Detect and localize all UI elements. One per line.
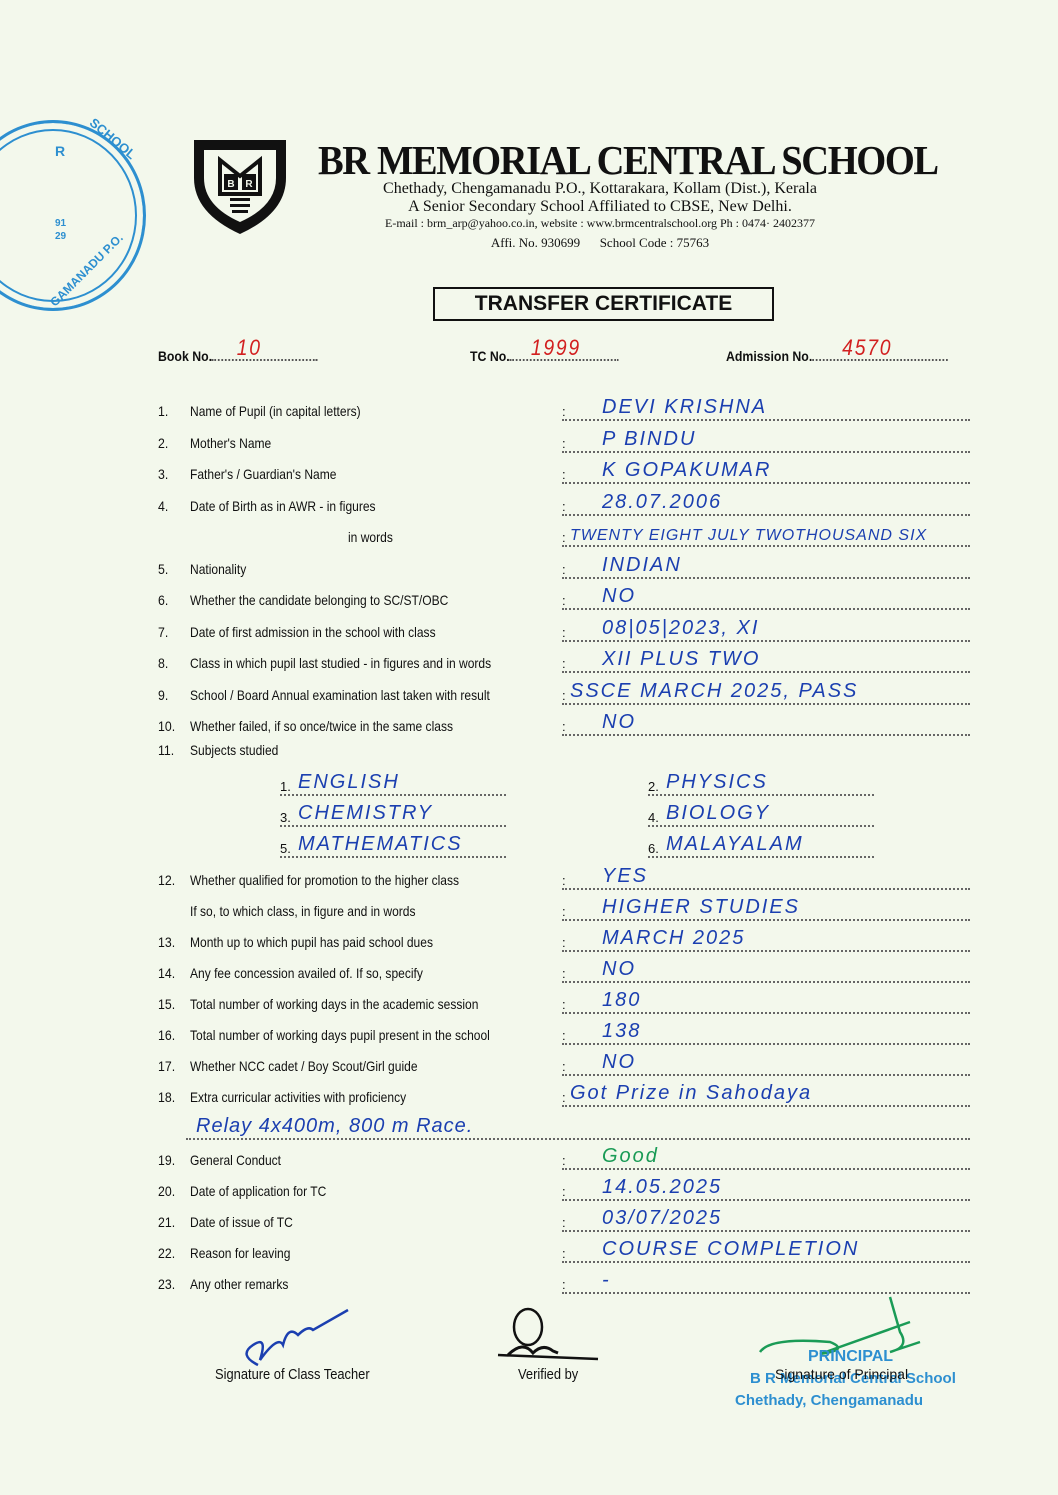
field-value: XII PLUS TWO: [602, 648, 760, 671]
field-number: 6.: [158, 592, 168, 608]
field-value-line: :14.05.2025: [562, 1179, 970, 1201]
form-field-row: 2.Mother's Name:P BINDU: [0, 435, 1058, 465]
form-field-row: 17.Whether NCC cadet / Boy Scout/Girl gu…: [0, 1058, 1058, 1088]
field-number: 3.: [158, 466, 168, 482]
book-number-field: Book No.10: [158, 345, 318, 364]
school-codes: Affi. No. 930699 School Code : 75763: [320, 235, 880, 251]
form-field-row: 13.Month up to which pupil has paid scho…: [0, 934, 1058, 964]
field-value-line: :NO: [562, 588, 970, 610]
form-field-row: 14.Any fee concession availed of. If so,…: [0, 965, 1058, 995]
form-field-row: 22.Reason for leaving:COURSE COMPLETION: [0, 1245, 1058, 1275]
subject-name: BIOLOGY: [666, 802, 770, 825]
subject-item: 1.ENGLISH: [280, 774, 506, 796]
school-logo: B R: [192, 138, 288, 236]
field-label: Whether NCC cadet / Boy Scout/Girl guide: [190, 1058, 418, 1074]
stamp-text-top: SCHOOL: [87, 115, 139, 162]
field-value: MARCH 2025: [602, 927, 745, 950]
principal-signature-label: Signature of Principal: [775, 1366, 908, 1382]
subject-name: ENGLISH: [298, 771, 400, 794]
field-value: Got Prize in Sahodaya: [570, 1082, 812, 1105]
field-number: 4.: [158, 498, 168, 514]
field-number: 15.: [158, 996, 175, 1012]
verified-by-label: Verified by: [518, 1366, 578, 1383]
school-address: Chethady, Chengamanadu P.O., Kottarakara…: [320, 180, 880, 198]
field-label: Class in which pupil last studied - in f…: [190, 655, 491, 671]
subject-name: CHEMISTRY: [298, 802, 433, 825]
field-value: YES: [602, 865, 648, 888]
form-field-row: 19.General Conduct:Good: [0, 1152, 1058, 1182]
form-field-row: 4.Date of Birth as in AWR - in figures:2…: [0, 498, 1058, 528]
field-number: 10.: [158, 718, 175, 734]
field-value: -: [602, 1269, 611, 1292]
field-value: NO: [602, 585, 636, 608]
field-label: in words: [348, 529, 393, 545]
field-value-line: :180: [562, 992, 970, 1014]
field-number: 13.: [158, 934, 175, 950]
field-value-line: :TWENTY EIGHT JULY TWOTHOUSAND SIX: [562, 525, 970, 547]
field-label: If so, to which class, in figure and in …: [190, 903, 416, 919]
field-value: TWENTY EIGHT JULY TWOTHOUSAND SIX: [570, 527, 927, 545]
field-number: 22.: [158, 1245, 175, 1261]
verifier-signature: [488, 1305, 608, 1370]
field-value-line: :DEVI KRISHNA: [562, 399, 970, 421]
form-field-row: 5.Nationality:INDIAN: [0, 561, 1058, 591]
form-field-row: 20.Date of application for TC:14.05.2025: [0, 1183, 1058, 1213]
field-label: Whether qualified for promotion to the h…: [190, 872, 459, 888]
field-value: 14.05.2025: [602, 1176, 722, 1199]
field-number: 18.: [158, 1089, 175, 1105]
field-label: Total number of working days pupil prese…: [190, 1027, 490, 1043]
field-value-line: :SSCE MARCH 2025, PASS: [562, 683, 970, 705]
extracurricular-continuation: Relay 4x400m, 800 m Race.: [186, 1118, 970, 1140]
field-value-line: :28.07.2006: [562, 494, 970, 516]
field-number: 14.: [158, 965, 175, 981]
field-label: Nationality: [190, 561, 246, 577]
field-label: Father's / Guardian's Name: [190, 466, 336, 482]
subject-item: 6.MALAYALAM: [648, 836, 874, 858]
class-teacher-label: Signature of Class Teacher: [215, 1366, 370, 1383]
field-label: Extra curricular activities with profici…: [190, 1089, 406, 1105]
field-label: Date of issue of TC: [190, 1214, 293, 1230]
admission-number-value: 4570: [842, 335, 892, 361]
form-field-row: 8.Class in which pupil last studied - in…: [0, 655, 1058, 685]
field-value-line: :-: [562, 1272, 970, 1294]
field-number: 21.: [158, 1214, 175, 1230]
field-label: Reason for leaving: [190, 1245, 290, 1261]
form-field-row: 18.Extra curricular activities with prof…: [0, 1089, 1058, 1119]
svg-text:R: R: [245, 179, 253, 190]
field-value-line: :Good: [562, 1148, 970, 1170]
school-seal-stamp: SCHOOL GAMANADU P.O. R 91 29: [0, 120, 146, 311]
field-label: Month up to which pupil has paid school …: [190, 934, 433, 950]
school-name: BR MEMORIAL CENTRAL SCHOOL: [318, 136, 938, 184]
field-number: 8.: [158, 655, 168, 671]
subject-name: PHYSICS: [666, 771, 768, 794]
field-label: Any other remarks: [190, 1276, 288, 1292]
field-label: Any fee concession availed of. If so, sp…: [190, 965, 423, 981]
field-value: INDIAN: [602, 554, 682, 577]
field-value-line: :INDIAN: [562, 557, 970, 579]
school-code: School Code : 75763: [600, 235, 709, 250]
field-value: SSCE MARCH 2025, PASS: [570, 680, 858, 703]
form-field-row: If so, to which class, in figure and in …: [0, 903, 1058, 933]
field-number: 9.: [158, 687, 168, 703]
field-number: 5.: [158, 561, 168, 577]
subject-name: MATHEMATICS: [298, 833, 463, 856]
admission-number-field: Admission No.4570: [726, 345, 948, 364]
field-label: Mother's Name: [190, 435, 271, 451]
book-number-value: 10: [237, 335, 262, 361]
field-value: NO: [602, 958, 636, 981]
field-value: K GOPAKUMAR: [602, 459, 771, 482]
subject-name: MALAYALAM: [666, 833, 804, 856]
field-value-line: :03/07/2025: [562, 1210, 970, 1232]
subjects-row: 11. Subjects studied: [0, 742, 1058, 772]
tc-number-value: 1999: [531, 335, 581, 361]
shield-icon: B R: [192, 138, 288, 236]
field-number: 17.: [158, 1058, 175, 1074]
field-value: 180: [602, 989, 641, 1012]
stamp-text-side: GAMANADU P.O.: [47, 231, 126, 310]
field-value: COURSE COMPLETION: [602, 1238, 859, 1261]
field-label: School / Board Annual examination last t…: [190, 687, 490, 703]
stamp-fragment: R: [55, 143, 65, 159]
field-number: 12.: [158, 872, 175, 888]
form-field-row: 21.Date of issue of TC:03/07/2025: [0, 1214, 1058, 1244]
school-affiliation: A Senior Secondary School Affiliated to …: [320, 198, 880, 216]
tc-number-field: TC No.1999: [470, 345, 619, 364]
field-value: 08|05|2023, XI: [602, 617, 759, 640]
field-value-line: :HIGHER STUDIES: [562, 899, 970, 921]
field-number: 16.: [158, 1027, 175, 1043]
school-contact: E-mail : brm_arp@yahoo.co.in, website : …: [320, 216, 880, 231]
form-field-row: 9.School / Board Annual examination last…: [0, 687, 1058, 717]
affiliation-number: Affi. No. 930699: [491, 235, 580, 250]
form-field-row: 15.Total number of working days in the a…: [0, 996, 1058, 1026]
principal-stamp-title: PRINCIPAL: [808, 1348, 893, 1366]
field-value-line: :08|05|2023, XI: [562, 620, 970, 642]
subject-item: 3.CHEMISTRY: [280, 805, 506, 827]
field-label: Date of application for TC: [190, 1183, 326, 1199]
form-field-row: 12.Whether qualified for promotion to th…: [0, 872, 1058, 902]
field-label: Date of Birth as in AWR - in figures: [190, 498, 376, 514]
field-number: 2.: [158, 435, 168, 451]
form-field-row: 1.Name of Pupil (in capital letters):DEV…: [0, 403, 1058, 433]
field-value-line: :K GOPAKUMAR: [562, 462, 970, 484]
field-number: 7.: [158, 624, 168, 640]
field-label: Date of first admission in the school wi…: [190, 624, 436, 640]
subject-item: 5.MATHEMATICS: [280, 836, 506, 858]
field-value: 138: [602, 1020, 641, 1043]
field-value: 03/07/2025: [602, 1207, 722, 1230]
field-value-line: :YES: [562, 868, 970, 890]
form-field-row: 7.Date of first admission in the school …: [0, 624, 1058, 654]
field-value-line: :138: [562, 1023, 970, 1045]
field-value: P BINDU: [602, 428, 696, 451]
field-label: General Conduct: [190, 1152, 281, 1168]
field-value: DEVI KRISHNA: [602, 396, 767, 419]
field-number: 20.: [158, 1183, 175, 1199]
document-title: TRANSFER CERTIFICATE: [433, 287, 774, 321]
field-value-line: :XII PLUS TWO: [562, 651, 970, 673]
form-field-row: 3.Father's / Guardian's Name:K GOPAKUMAR: [0, 466, 1058, 496]
field-value: NO: [602, 711, 636, 734]
field-value-line: :NO: [562, 961, 970, 983]
form-field-row: 16.Total number of working days pupil pr…: [0, 1027, 1058, 1057]
form-field-row: 6.Whether the candidate belonging to SC/…: [0, 592, 1058, 622]
field-value: 28.07.2006: [602, 491, 722, 514]
field-label: Total number of working days in the acad…: [190, 996, 478, 1012]
field-value-line: :P BINDU: [562, 431, 970, 453]
principal-stamp-address: Chethady, Chengamanadu: [735, 1392, 923, 1409]
subject-item: 4.BIOLOGY: [648, 805, 874, 827]
field-value: NO: [602, 1051, 636, 1074]
field-value: HIGHER STUDIES: [602, 896, 800, 919]
field-value: Good: [602, 1145, 659, 1168]
field-value-line: :COURSE COMPLETION: [562, 1241, 970, 1263]
field-label: Whether failed, if so once/twice in the …: [190, 718, 453, 734]
field-number: 23.: [158, 1276, 175, 1292]
subject-item: 2.PHYSICS: [648, 774, 874, 796]
form-field-row: in words:TWENTY EIGHT JULY TWOTHOUSAND S…: [0, 529, 1058, 559]
svg-text:B: B: [227, 179, 234, 190]
field-value-line: :MARCH 2025: [562, 930, 970, 952]
field-value-line: :NO: [562, 1054, 970, 1076]
field-label: Name of Pupil (in capital letters): [190, 403, 361, 419]
field-value-line: :Got Prize in Sahodaya: [562, 1085, 970, 1107]
field-number: 19.: [158, 1152, 175, 1168]
field-label: Whether the candidate belonging to SC/ST…: [190, 592, 448, 608]
field-number: 1.: [158, 403, 168, 419]
field-value-line: :NO: [562, 714, 970, 736]
